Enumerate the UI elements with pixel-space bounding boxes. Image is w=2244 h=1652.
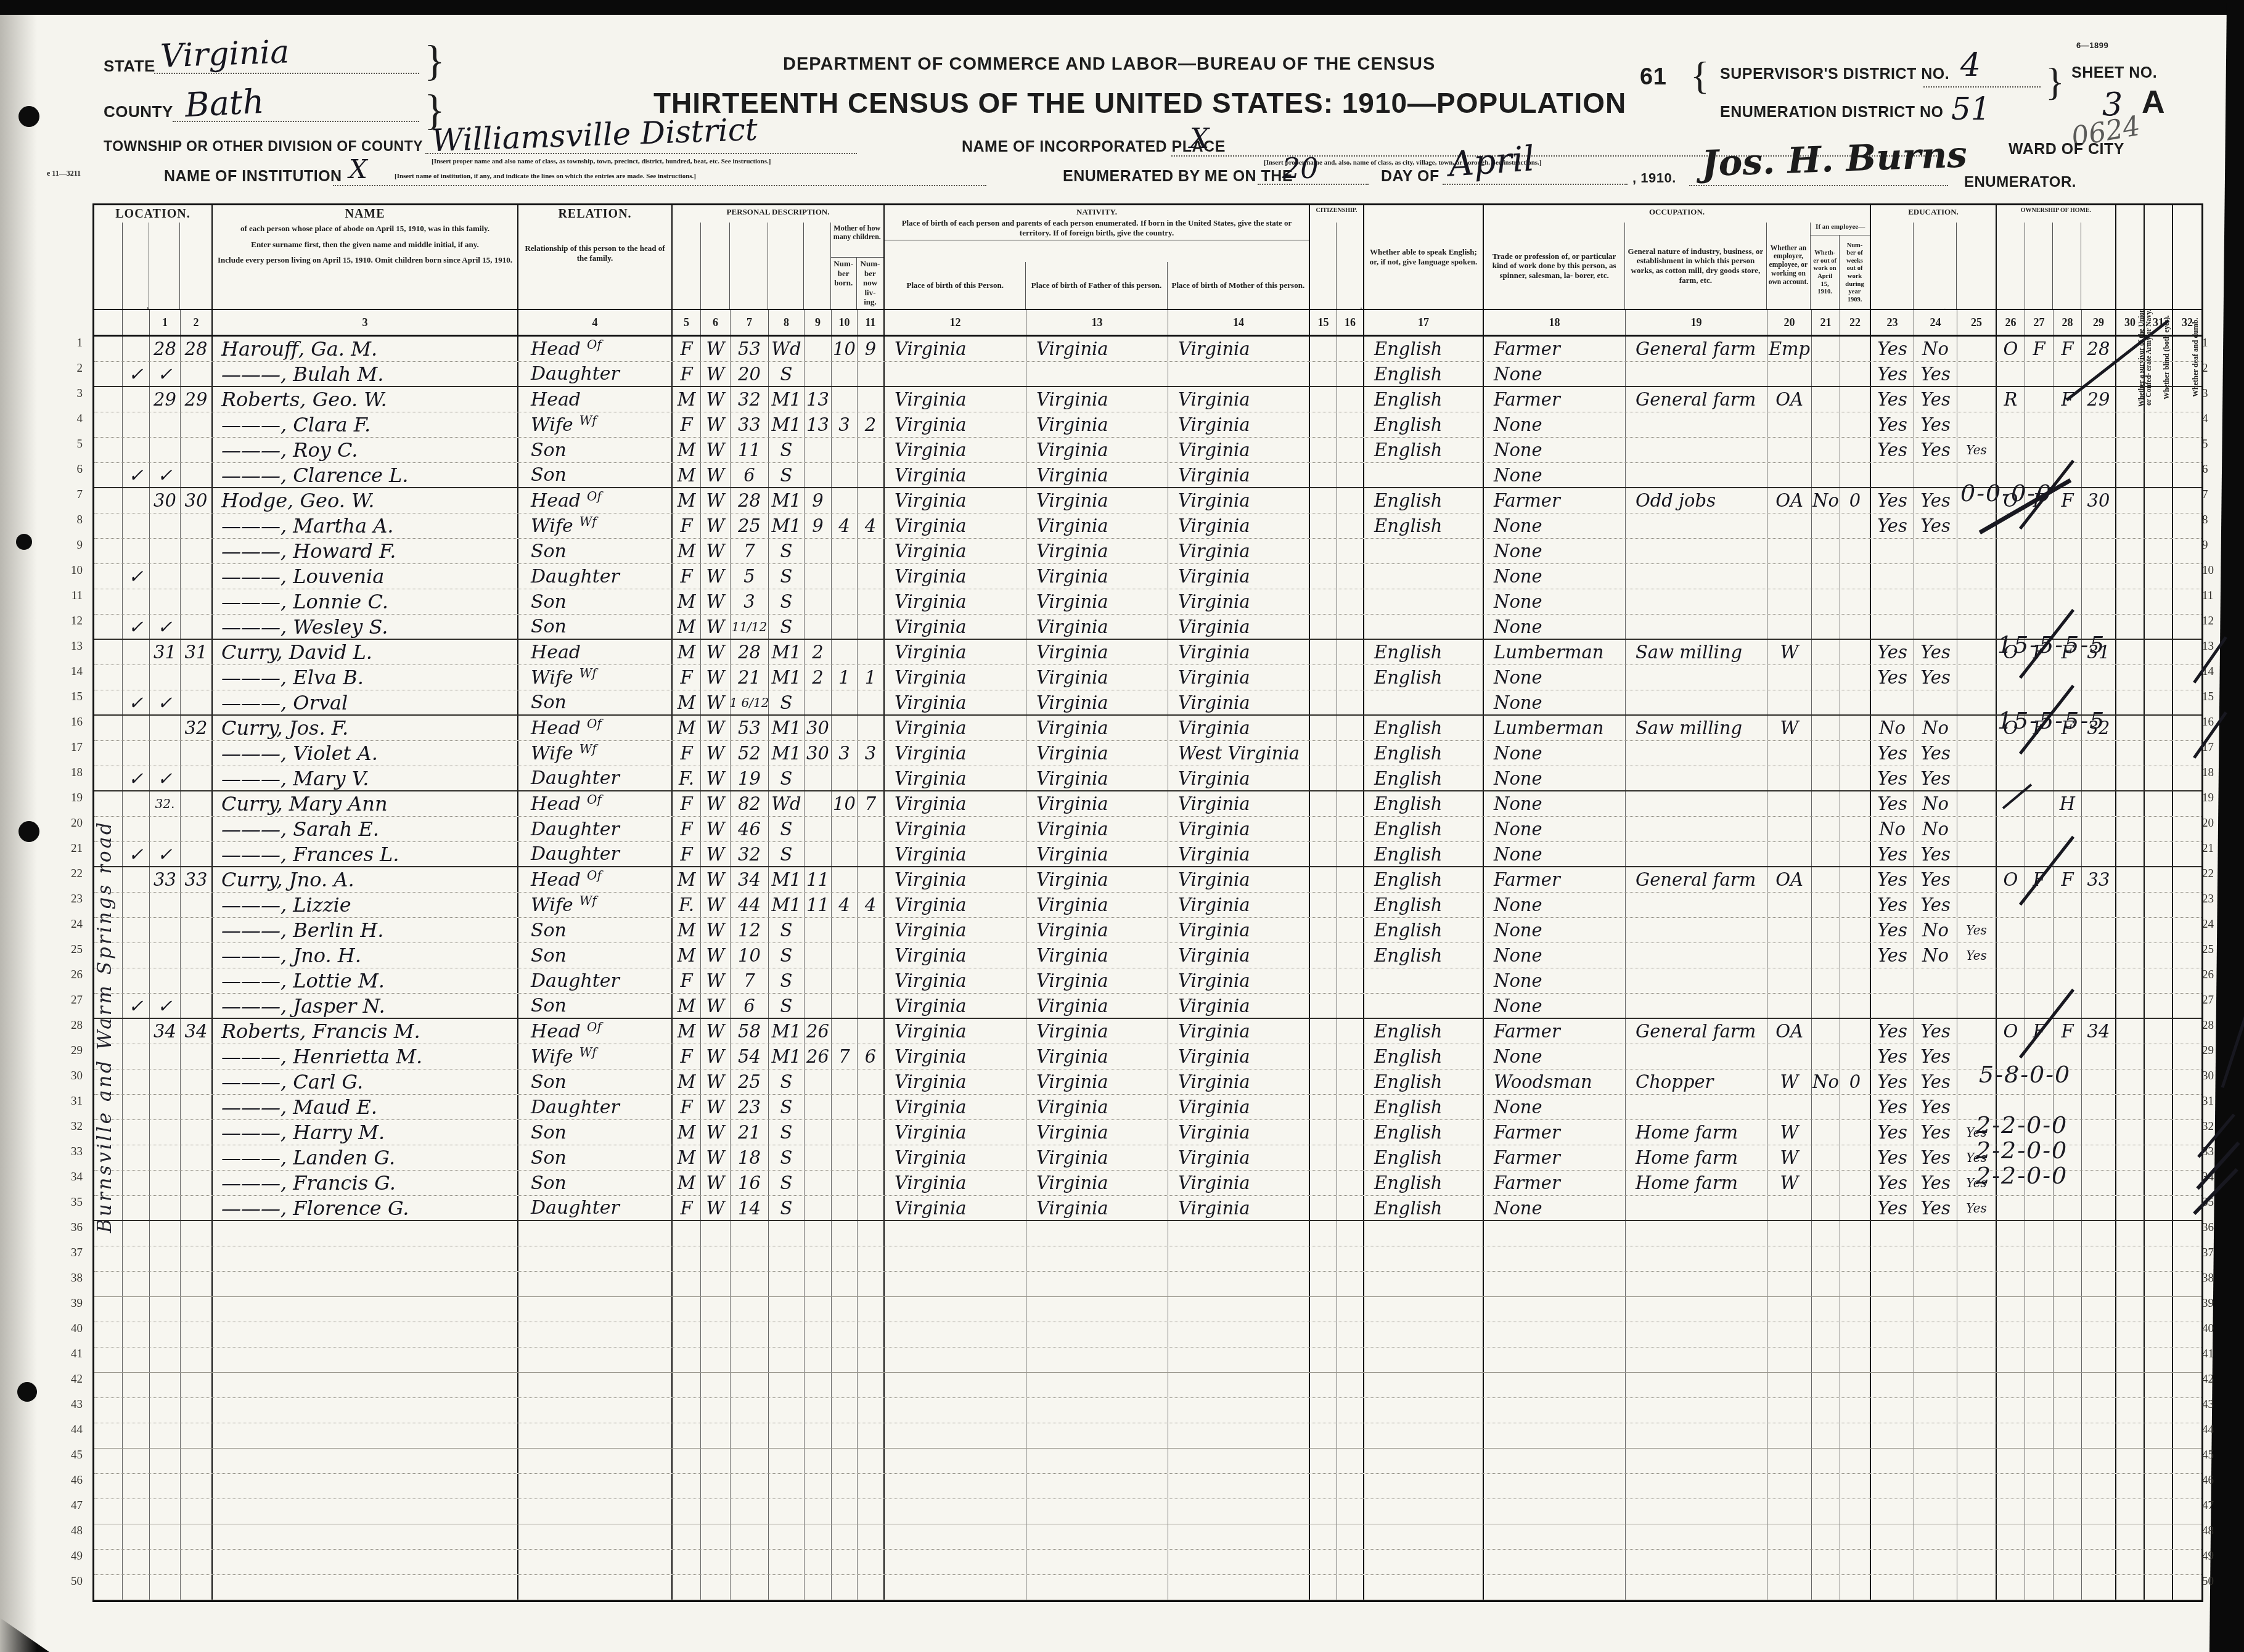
table-cell-na	[1337, 1297, 1364, 1322]
table-cell-dw	[150, 1423, 181, 1448]
table-cell-sv	[2116, 362, 2145, 386]
table-cell-ms: S	[769, 564, 805, 589]
table-cell-cr	[701, 1373, 731, 1397]
table-cell-em: OA	[1767, 867, 1812, 892]
table-cell-ms: S	[769, 842, 805, 866]
table-cell-ow	[1812, 1221, 1840, 1246]
header-group-relation: RELATION. Relationship of this person to…	[518, 205, 673, 309]
table-cell-tr: Farmer	[1484, 387, 1626, 412]
row-number-right: 37	[2202, 1246, 2221, 1260]
table-cell-wk	[1840, 463, 1871, 487]
table-cell-tr: None	[1484, 918, 1626, 943]
table-cell-ym	[805, 1347, 832, 1372]
row-number-left: 49	[64, 1550, 83, 1563]
table-cell-im	[1310, 665, 1337, 690]
county-label: COUNTY	[104, 102, 173, 121]
table-cell-pm	[1168, 1398, 1310, 1423]
table-cell-pb: Virginia	[885, 488, 1026, 513]
table-cell-pf	[1026, 1272, 1168, 1296]
col-header-free-mortgaged: Owned free or mortgaged.	[2047, 306, 2053, 309]
table-cell-ms: M1	[769, 1044, 805, 1069]
table-cell-ho: ✓	[123, 463, 150, 487]
table-cell-cl: 4	[858, 513, 885, 538]
table-cell-cl	[858, 1221, 885, 1246]
table-cell-ms	[769, 1423, 805, 1448]
table-cell-fa	[181, 1221, 213, 1246]
table-cell-rl: Son	[518, 463, 673, 487]
enumerated-month: April	[1448, 139, 1536, 185]
table-cell-cr: W	[701, 1171, 731, 1195]
table-cell-cr	[701, 1398, 731, 1423]
table-cell-tr	[1484, 1499, 1626, 1524]
table-cell-ho	[123, 741, 150, 766]
table-cell-rl: HeadOf	[518, 716, 673, 740]
table-cell-ho: ✓	[123, 564, 150, 589]
table-cell-ind: Saw milling	[1626, 716, 1767, 740]
table-cell-nm: Harouff, Ga. M.	[213, 337, 518, 361]
table-cell-cb	[832, 1550, 858, 1574]
table-cell-st	[94, 1575, 123, 1600]
table-cell-im	[1310, 943, 1337, 968]
table-cell-en	[1364, 589, 1484, 614]
table-cell-em	[1767, 1550, 1812, 1574]
table-cell-sv	[2116, 1524, 2145, 1549]
table-cell-o3: F	[2054, 488, 2082, 513]
table-cell-wr: Yes	[1914, 438, 1957, 462]
table-cell-fa: 34	[181, 1019, 213, 1044]
table-cell-st	[94, 1449, 123, 1473]
table-cell-tr	[1484, 1221, 1626, 1246]
table-cell-sx: M	[673, 1145, 701, 1170]
table-cell-pb: Virginia	[885, 994, 1026, 1018]
table-cell-dw	[150, 968, 181, 993]
table-cell-em	[1767, 690, 1812, 714]
table-cell-sx: M	[673, 943, 701, 968]
table-cell-df	[2173, 1449, 2201, 1473]
table-cell-en	[1364, 1246, 1484, 1271]
table-cell-fa	[181, 1272, 213, 1296]
table-cell-rl: Son	[518, 615, 673, 639]
table-cell-fa	[181, 1044, 213, 1069]
table-cell-ag: 21	[731, 1120, 769, 1145]
table-cell-sc: Yes	[1957, 943, 1997, 968]
table-cell-pf: Virginia	[1026, 412, 1168, 437]
table-cell-wk	[1840, 1398, 1871, 1423]
table-cell-fa	[181, 1095, 213, 1119]
table-cell-pf: Virginia	[1026, 766, 1168, 790]
row-number-left: 2	[64, 362, 83, 375]
table-cell-rd	[1871, 1524, 1914, 1549]
census-row: 3131Curry, David L.HeadMW28M12VirginiaVi…	[94, 640, 2201, 665]
census-row: ✓✓———, Jasper N.SonMW6SVirginiaVirginiaV…	[94, 994, 2201, 1019]
table-cell-im	[1310, 640, 1337, 664]
table-cell-en	[1364, 1398, 1484, 1423]
table-cell-pf: Virginia	[1026, 463, 1168, 487]
table-cell-ym	[805, 1120, 832, 1145]
table-cell-wk: 0	[1840, 488, 1871, 513]
table-cell-pb	[885, 1474, 1026, 1499]
table-cell-bl	[2145, 918, 2173, 943]
table-cell-en	[1364, 1423, 1484, 1448]
table-cell-tr: None	[1484, 412, 1626, 437]
column-number: 5	[673, 310, 701, 335]
table-cell-tr: Farmer	[1484, 867, 1626, 892]
table-cell-pb: Virginia	[885, 766, 1026, 790]
table-cell-ms: S	[769, 589, 805, 614]
census-row: ———, LizzieWifeWfF.W44M11144VirginiaVirg…	[94, 893, 2201, 918]
census-row: ———, Howard F.SonMW7SVirginiaVirginiaVir…	[94, 539, 2201, 564]
table-cell-cb: 1	[832, 665, 858, 690]
table-cell-ms	[769, 1550, 805, 1574]
table-cell-cr: W	[701, 690, 731, 714]
table-cell-df	[2173, 513, 2201, 538]
enumerator-signature: Jos. H. Burns	[1701, 134, 1968, 185]
table-cell-wk	[1840, 337, 1871, 361]
table-cell-dw	[150, 589, 181, 614]
table-cell-em: OA	[1767, 1019, 1812, 1044]
table-cell-st	[94, 337, 123, 361]
census-row: 32Curry, Jos. F.HeadOfMW53M130VirginiaVi…	[94, 716, 2201, 741]
table-cell-o2	[2025, 893, 2054, 917]
table-cell-o1	[1997, 1550, 2025, 1574]
table-cell-o3: F	[2054, 337, 2082, 361]
table-cell-wk	[1840, 1171, 1871, 1195]
table-cell-em	[1767, 817, 1812, 841]
table-cell-st	[94, 1272, 123, 1296]
row-number-left: 26	[64, 968, 83, 982]
column-number: 3	[213, 310, 518, 335]
col-header-immigration-year: Year of immigra- tion to the Unit- ed St…	[1331, 306, 1337, 309]
table-cell-fa	[181, 918, 213, 943]
table-cell-ho: ✓	[123, 615, 150, 639]
table-cell-sx: M	[673, 615, 701, 639]
table-cell-sv	[2116, 791, 2145, 816]
census-row	[94, 1297, 2201, 1322]
table-cell-em	[1767, 893, 1812, 917]
table-cell-tr	[1484, 1322, 1626, 1347]
table-cell-en	[1364, 1550, 1484, 1574]
table-cell-o2	[2025, 968, 2054, 993]
table-cell-nm: ———, Francis G.	[213, 1171, 518, 1195]
table-cell-pf: Virginia	[1026, 817, 1168, 841]
table-cell-pm	[1168, 1575, 1310, 1600]
table-cell-wr: Yes	[1914, 412, 1957, 437]
table-cell-ym	[805, 1499, 832, 1524]
table-cell-ow	[1812, 1347, 1840, 1372]
table-cell-ym	[805, 539, 832, 563]
census-row: 32.Curry, Mary AnnHeadOfFW82Wd107Virgini…	[94, 791, 2201, 817]
table-cell-na	[1337, 387, 1364, 412]
table-cell-o2: F	[2025, 337, 2054, 361]
table-cell-ag	[731, 1499, 769, 1524]
table-cell-cl	[858, 1347, 885, 1372]
table-cell-ag: 5	[731, 564, 769, 589]
table-cell-cb	[832, 438, 858, 462]
table-cell-dw: 32.	[150, 791, 181, 816]
table-cell-o2	[2025, 1347, 2054, 1372]
dotted-line	[173, 121, 419, 122]
table-cell-cr: W	[701, 943, 731, 968]
table-cell-ho	[123, 968, 150, 993]
table-cell-tr	[1484, 1423, 1626, 1448]
table-cell-fa	[181, 690, 213, 714]
table-cell-pf: Virginia	[1026, 539, 1168, 563]
group-title: PERSONAL DESCRIPTION.	[673, 207, 883, 217]
table-cell-cb	[832, 387, 858, 412]
table-cell-wr	[1914, 994, 1957, 1018]
table-cell-wr	[1914, 1474, 1957, 1499]
dotted-line	[1923, 86, 2041, 88]
table-cell-cl	[858, 488, 885, 513]
table-cell-o3	[2054, 1575, 2082, 1600]
column-number: 22	[1840, 310, 1871, 335]
table-cell-cr	[701, 1423, 731, 1448]
table-cell-sv	[2116, 1272, 2145, 1296]
table-cell-bl	[2145, 690, 2173, 714]
row-number-right: 49	[2202, 1550, 2221, 1563]
row-number-right: 12	[2202, 615, 2221, 628]
table-cell-im	[1310, 463, 1337, 487]
table-cell-ag	[731, 1550, 769, 1574]
table-cell-rl: Daughter	[518, 766, 673, 790]
table-cell-rl: HeadOf	[518, 488, 673, 513]
table-cell-wr: Yes	[1914, 488, 1957, 513]
column-number: 14	[1168, 310, 1310, 335]
table-cell-rd: Yes	[1871, 665, 1914, 690]
table-cell-em	[1767, 539, 1812, 563]
table-cell-ow	[1812, 1196, 1840, 1220]
table-cell-o2	[2025, 791, 2054, 816]
table-cell-bl	[2145, 1449, 2173, 1473]
name-header-note: Include every person living on April 15,…	[213, 254, 517, 266]
table-cell-pf: Virginia	[1026, 615, 1168, 639]
table-cell-bl	[2145, 1044, 2173, 1069]
table-cell-o3	[2054, 1524, 2082, 1549]
table-cell-ag	[731, 1423, 769, 1448]
row-number-right: 22	[2202, 867, 2221, 881]
table-cell-ym: 13	[805, 387, 832, 412]
table-cell-sx	[673, 1347, 701, 1372]
table-cell-pb: Virginia	[885, 513, 1026, 538]
table-cell-sx: M	[673, 690, 701, 714]
table-cell-rd	[1871, 968, 1914, 993]
table-cell-ho	[123, 589, 150, 614]
table-cell-cl	[858, 1499, 885, 1524]
table-cell-ms: M1	[769, 488, 805, 513]
census-row: 3434Roberts, Francis M.HeadOfMW58M126Vir…	[94, 1019, 2201, 1044]
table-cell-pb: Virginia	[885, 842, 1026, 866]
table-cell-o2	[2025, 1499, 2054, 1524]
table-cell-ho	[123, 539, 150, 563]
table-cell-en	[1364, 994, 1484, 1018]
table-cell-ms: S	[769, 1095, 805, 1119]
table-cell-ind: Home farm	[1626, 1120, 1767, 1145]
table-cell-dw	[150, 1575, 181, 1600]
group-title: NAME	[213, 207, 517, 221]
table-cell-dw: 30	[150, 488, 181, 513]
table-cell-ag: 7	[731, 968, 769, 993]
table-cell-ym	[805, 943, 832, 968]
table-cell-wr: Yes	[1914, 665, 1957, 690]
table-cell-bl	[2145, 615, 2173, 639]
table-cell-nm: ———, Lizzie	[213, 893, 518, 917]
header-group-personal: PERSONAL DESCRIPTION. Sex. Color or race…	[673, 205, 885, 309]
tally-mark: Of	[587, 792, 602, 807]
table-cell-nm: ———, Berlin H.	[213, 918, 518, 943]
table-cell-o3	[2054, 1196, 2082, 1220]
table-cell-sx: M	[673, 867, 701, 892]
table-cell-df	[2173, 968, 2201, 993]
table-cell-dw	[150, 1221, 181, 1246]
census-row: 3030Hodge, Geo. W.HeadOfMW28M19VirginiaV…	[94, 488, 2201, 513]
table-cell-pm: Virginia	[1168, 867, 1310, 892]
table-cell-tr: None	[1484, 842, 1626, 866]
table-cell-o1	[1997, 1322, 2025, 1347]
table-cell-o1	[1997, 438, 2025, 462]
col-header-farm-schedule: Number of farm schedule.	[2106, 306, 2115, 309]
table-cell-o1: O	[1997, 1019, 2025, 1044]
header-group-education: EDUCATION. Whether able to read. Whether…	[1871, 205, 1997, 309]
table-cell-o3	[2054, 1272, 2082, 1296]
table-cell-o4	[2082, 1423, 2116, 1448]
table-cell-ag: 1 6/12	[731, 690, 769, 714]
table-cell-wk	[1840, 817, 1871, 841]
table-cell-ms: S	[769, 1196, 805, 1220]
county-value: Bath	[184, 82, 264, 125]
table-cell-ind: Chopper	[1626, 1069, 1767, 1094]
table-cell-wr	[1914, 1575, 1957, 1600]
table-cell-cb	[832, 488, 858, 513]
table-cell-sc	[1957, 1499, 1997, 1524]
table-cell-sv	[2116, 1575, 2145, 1600]
table-cell-rd: Yes	[1871, 513, 1914, 538]
table-cell-o1	[1997, 1524, 2025, 1549]
table-cell-ind	[1626, 766, 1767, 790]
table-cell-em	[1767, 412, 1812, 437]
table-cell-fa: 32	[181, 716, 213, 740]
table-cell-sv	[2116, 1145, 2145, 1170]
table-cell-cl: 7	[858, 791, 885, 816]
table-cell-sc	[1957, 817, 1997, 841]
table-cell-o3	[2054, 1246, 2082, 1271]
table-cell-pb: Virginia	[885, 615, 1026, 639]
table-cell-wk	[1840, 893, 1871, 917]
table-cell-cb	[832, 564, 858, 589]
row-number-right: 1	[2202, 337, 2221, 350]
census-row: 2929Roberts, Geo. W.HeadMW32M113Virginia…	[94, 387, 2201, 412]
table-cell-bl	[2145, 463, 2173, 487]
table-cell-ind	[1626, 1297, 1767, 1322]
dotted-line	[1689, 185, 1948, 186]
table-cell-wr	[1914, 1423, 1957, 1448]
table-cell-pf: Virginia	[1026, 1044, 1168, 1069]
table-cell-na	[1337, 1069, 1364, 1094]
sheet-letter: A	[2142, 84, 2165, 121]
table-cell-dw	[150, 1120, 181, 1145]
table-cell-ho	[123, 1423, 150, 1448]
table-cell-en: English	[1364, 1095, 1484, 1119]
table-cell-dw: 34	[150, 1019, 181, 1044]
table-cell-en	[1364, 463, 1484, 487]
table-cell-ms	[769, 1449, 805, 1473]
table-cell-o3	[2054, 412, 2082, 437]
table-cell-st	[94, 1524, 123, 1549]
table-cell-dw	[150, 513, 181, 538]
table-cell-sc	[1957, 741, 1997, 766]
table-cell-o2	[2025, 817, 2054, 841]
table-cell-nm: ———, Landen G.	[213, 1145, 518, 1170]
table-cell-ms: S	[769, 362, 805, 386]
table-cell-cl	[858, 1398, 885, 1423]
table-cell-o4: 29	[2082, 387, 2116, 412]
table-cell-wr	[1914, 1246, 1957, 1271]
table-cell-im	[1310, 1575, 1337, 1600]
table-cell-en	[1364, 1272, 1484, 1296]
table-cell-o3	[2054, 665, 2082, 690]
table-cell-ag: 58	[731, 1019, 769, 1044]
table-cell-nm: ———, Maud E.	[213, 1095, 518, 1119]
tally-mark: Of	[587, 337, 602, 352]
table-cell-sc	[1957, 412, 1997, 437]
row-number-left: 24	[64, 918, 83, 931]
table-cell-fa	[181, 1246, 213, 1271]
row-number-left: 34	[64, 1171, 83, 1184]
table-cell-o4	[2082, 1449, 2116, 1473]
table-cell-cb	[832, 766, 858, 790]
table-cell-ms: S	[769, 968, 805, 993]
table-cell-ag: 7	[731, 539, 769, 563]
table-cell-cr: W	[701, 968, 731, 993]
table-cell-bl	[2145, 716, 2173, 740]
table-cell-ho	[123, 1095, 150, 1119]
table-cell-cb	[832, 918, 858, 943]
table-cell-cb	[832, 1524, 858, 1549]
table-cell-wr: Yes	[1914, 387, 1957, 412]
table-cell-rd: Yes	[1871, 766, 1914, 790]
table-cell-dw	[150, 412, 181, 437]
table-cell-sv	[2116, 994, 2145, 1018]
table-cell-nm: ———, Mary V.	[213, 766, 518, 790]
table-cell-rl: Son	[518, 1171, 673, 1195]
table-cell-dw	[150, 665, 181, 690]
table-cell-en	[1364, 1373, 1484, 1397]
table-cell-o1	[1997, 589, 2025, 614]
table-cell-ym: 2	[805, 640, 832, 664]
table-cell-cr	[701, 1449, 731, 1473]
row-number-left: 21	[64, 842, 83, 856]
table-cell-o3: F	[2054, 1019, 2082, 1044]
table-cell-sx	[673, 1575, 701, 1600]
table-cell-pm: Virginia	[1168, 1120, 1310, 1145]
table-cell-ag	[731, 1373, 769, 1397]
col-header-english: Whether able to speak English; or, if no…	[1364, 246, 1483, 268]
table-cell-sv	[2116, 589, 2145, 614]
table-cell-ind: Odd jobs	[1626, 488, 1767, 513]
table-cell-o4	[2082, 1524, 2116, 1549]
table-cell-df	[2173, 1095, 2201, 1119]
table-cell-pm	[1168, 1449, 1310, 1473]
table-cell-o3	[2054, 817, 2082, 841]
table-cell-ag: 32	[731, 842, 769, 866]
table-cell-sv	[2116, 438, 2145, 462]
punch-hole	[16, 534, 32, 550]
table-cell-ms	[769, 1373, 805, 1397]
table-cell-wr	[1914, 1499, 1957, 1524]
table-cell-sv	[2116, 893, 2145, 917]
table-cell-wk	[1840, 362, 1871, 386]
table-cell-cr: W	[701, 1196, 731, 1220]
table-cell-pb	[885, 1423, 1026, 1448]
